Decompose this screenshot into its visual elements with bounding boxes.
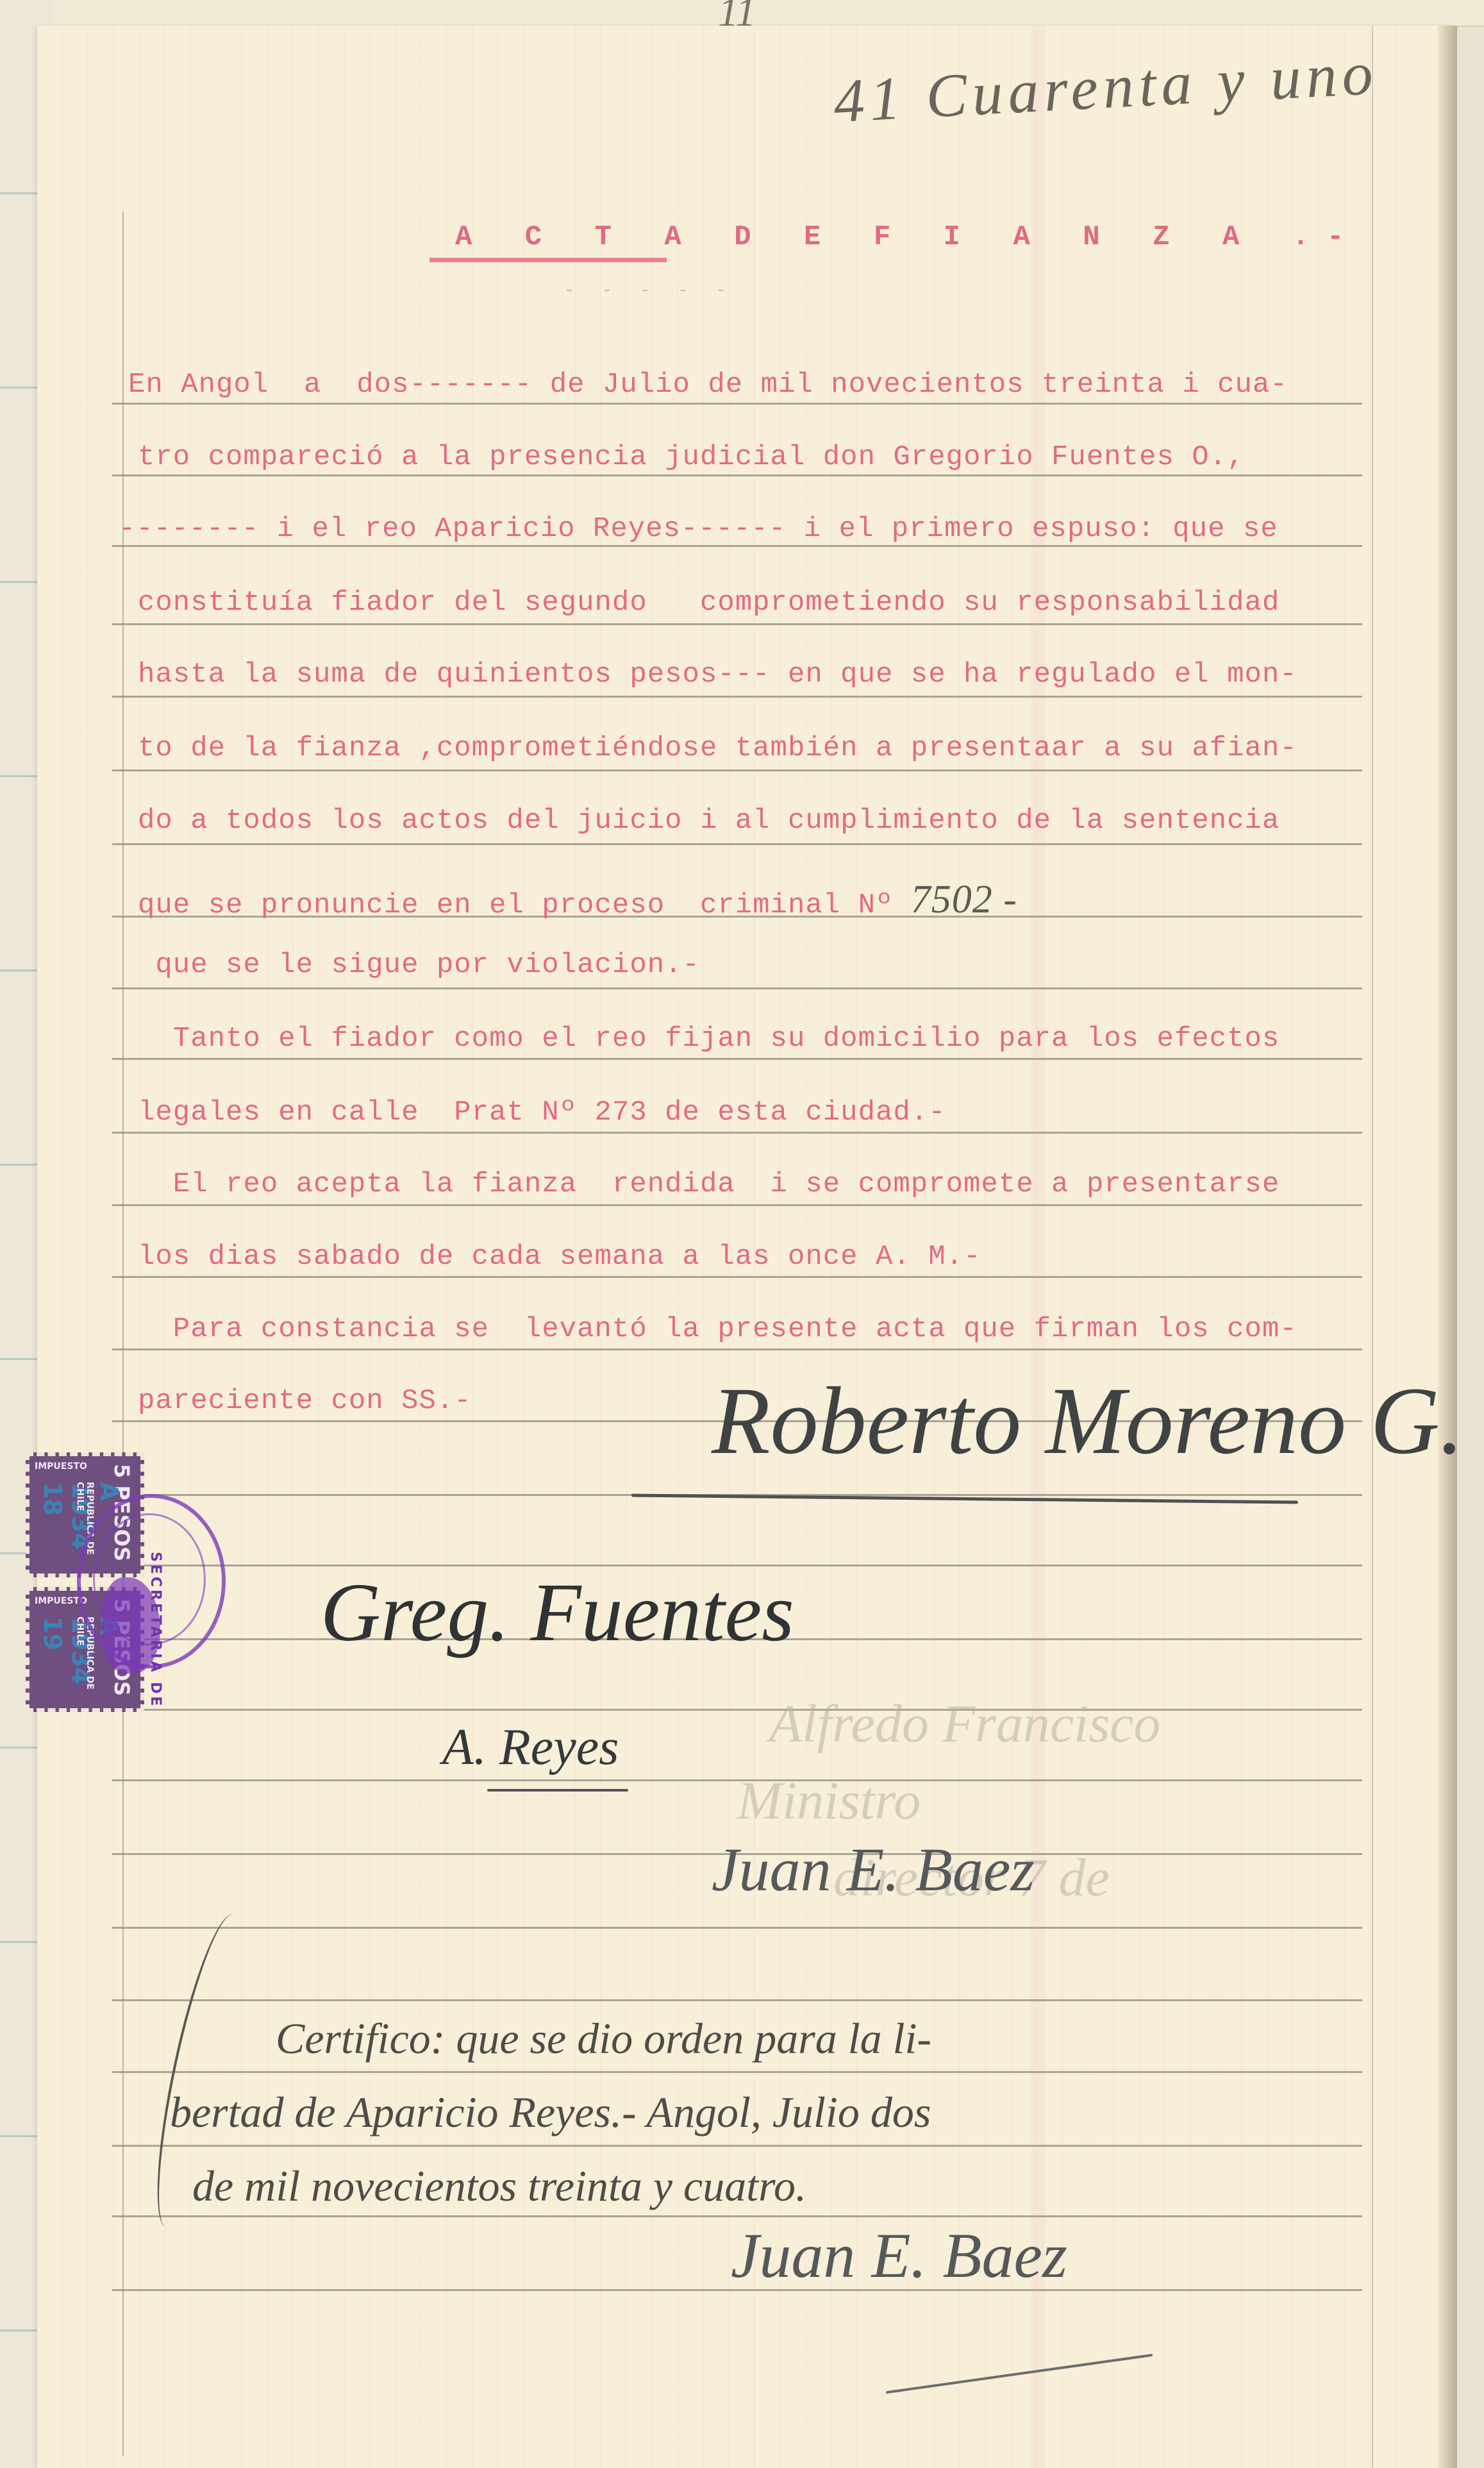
ruled-line [112, 1709, 1362, 1711]
judge-signature: Roberto Moreno G. [712, 1366, 1463, 1476]
body-line-10: Tanto el fiador como el reo fijan su dom… [138, 1023, 1280, 1055]
ruled-line [112, 1999, 1362, 2001]
body-line-12: El reo acepta la fianza rendida i se com… [138, 1168, 1280, 1200]
ruled-line [112, 769, 1362, 771]
body-line-8: que se pronuncie en el proceso criminal … [138, 877, 1017, 923]
bleed-through-text: Ministro [737, 1770, 921, 1832]
ruled-line [112, 1058, 1362, 1060]
signature-flourish [487, 1789, 628, 1792]
body-line-1: En Angol a dos------- de Julio de mil no… [128, 369, 1288, 401]
ruled-line [112, 2215, 1362, 2217]
body-line-11: legales en calle Prat Nº 273 de esta ciu… [138, 1096, 946, 1129]
ruled-line [112, 2071, 1362, 2073]
document-title: A C T A D E F I A N Z A .- [455, 221, 1362, 253]
body-line-6: to de la fianza ,comprometiéndose tambié… [138, 732, 1297, 764]
body-line-7: do a todos los actos del juicio i al cum… [138, 805, 1280, 837]
case-number-handwritten: 7502 - [911, 878, 1017, 921]
body-line-15: pareciente con SS.- [138, 1385, 472, 1417]
certification-signature: Juan E. Baez [731, 2219, 1067, 2292]
body-line-5: hasta la suma de quinientos pesos--- en … [138, 659, 1297, 691]
secretary-signature: Juan E. Baez [712, 1834, 1035, 1905]
guarantor-signature: Greg. Fuentes [321, 1565, 794, 1661]
accused-signature: A. Reyes [442, 1718, 619, 1777]
ruled-line [112, 474, 1362, 476]
certification-line-2: bertad de Aparicio Reyes.- Angol, Julio … [170, 2087, 931, 2138]
body-line-3: -------- i el reo Aparicio Reyes------ i… [119, 513, 1278, 545]
title-dots: - - - - - [564, 281, 735, 300]
sheet-edge-shadow [1438, 26, 1457, 2468]
body-line-9: que se le sigue por violacion.- [138, 949, 700, 981]
ruled-line [112, 843, 1362, 845]
certification-line-3: de mil novecientos treinta y cuatro. [192, 2161, 806, 2212]
underlying-page-top-strip: 11 [51, 0, 1484, 27]
body-line-13: los dias sabado de cada semana a las onc… [138, 1241, 981, 1273]
ruled-line [112, 1927, 1362, 1929]
ruled-line [112, 1348, 1362, 1350]
bleed-through-text: Alfredo Francisco [769, 1693, 1160, 1755]
ruled-line [112, 403, 1362, 405]
ruled-line [112, 1132, 1362, 1134]
seal-text: SECRETARIA DE [147, 1552, 163, 1708]
ruled-line [112, 987, 1362, 989]
right-margin-rule [1372, 26, 1373, 2468]
body-line-4: constituía fiador del segundo comprometi… [138, 587, 1280, 619]
stamp-label: IMPUESTO [35, 1461, 87, 1472]
left-margin-rule [122, 212, 124, 2456]
body-line-14: Para constancia se levantó la presente a… [138, 1313, 1297, 1345]
body-line-2: tro compareció a la presencia judicial d… [138, 441, 1244, 473]
ruled-line [112, 696, 1362, 698]
certification-line-1: Certifico: que se dio orden para la li- [276, 2013, 931, 2064]
ruled-line [112, 1276, 1362, 1278]
title-underline [429, 258, 667, 262]
body-line-8-text: que se pronuncie en el proceso criminal … [138, 889, 911, 921]
ruled-line [112, 623, 1362, 625]
ruled-line [112, 545, 1362, 547]
ruled-line [112, 2145, 1362, 2147]
ruled-line [112, 1204, 1362, 1206]
